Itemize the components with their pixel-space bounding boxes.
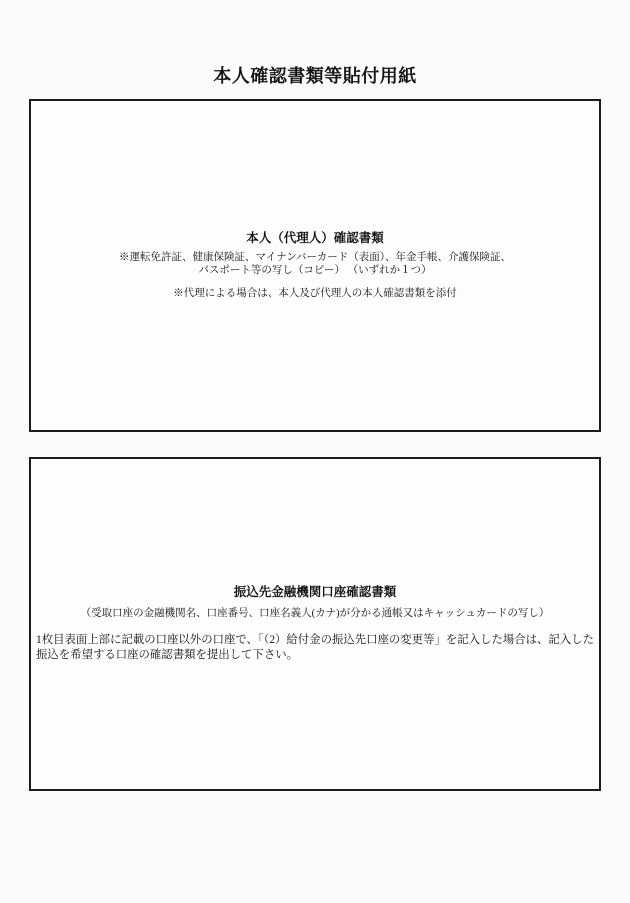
identity-box-document-list-line1: ※運転免許証、健康保険証、マイナンバーカード（表面）、年金手帳、介護保険証、 [119, 251, 511, 264]
page-title: 本人確認書類等貼付用紙 [0, 63, 630, 90]
bank-box-subheading: （受取口座の金融機関名、口座番号、口座名義人(カナ)が分かる通帳又はキャッシュカ… [81, 607, 550, 620]
document-page: 本人確認書類等貼付用紙 本人（代理人）確認書類 ※運転免許証、健康保険証、マイナ… [0, 0, 630, 903]
identity-box-heading: 本人（代理人）確認書類 [246, 231, 384, 246]
bank-account-documents-paste-box: 振込先金融機関口座確認書類 （受取口座の金融機関名、口座番号、口座名義人(カナ)… [29, 457, 601, 791]
bank-box-instructions: 1枚目表面上部に記載の口座以外の口座で、「（2）給付金の振込先口座の変更等」を記… [31, 633, 599, 664]
identity-box-proxy-note: ※代理による場合は、本人及び代理人の本人確認書類を添付 [173, 287, 457, 300]
identity-documents-paste-box: 本人（代理人）確認書類 ※運転免許証、健康保険証、マイナンバーカード（表面）、年… [29, 99, 601, 432]
bank-box-heading: 振込先金融機関口座確認書類 [234, 585, 397, 600]
identity-box-document-list-line2: パスポート等の写し（コピー） （いずれか１つ） [198, 264, 431, 277]
